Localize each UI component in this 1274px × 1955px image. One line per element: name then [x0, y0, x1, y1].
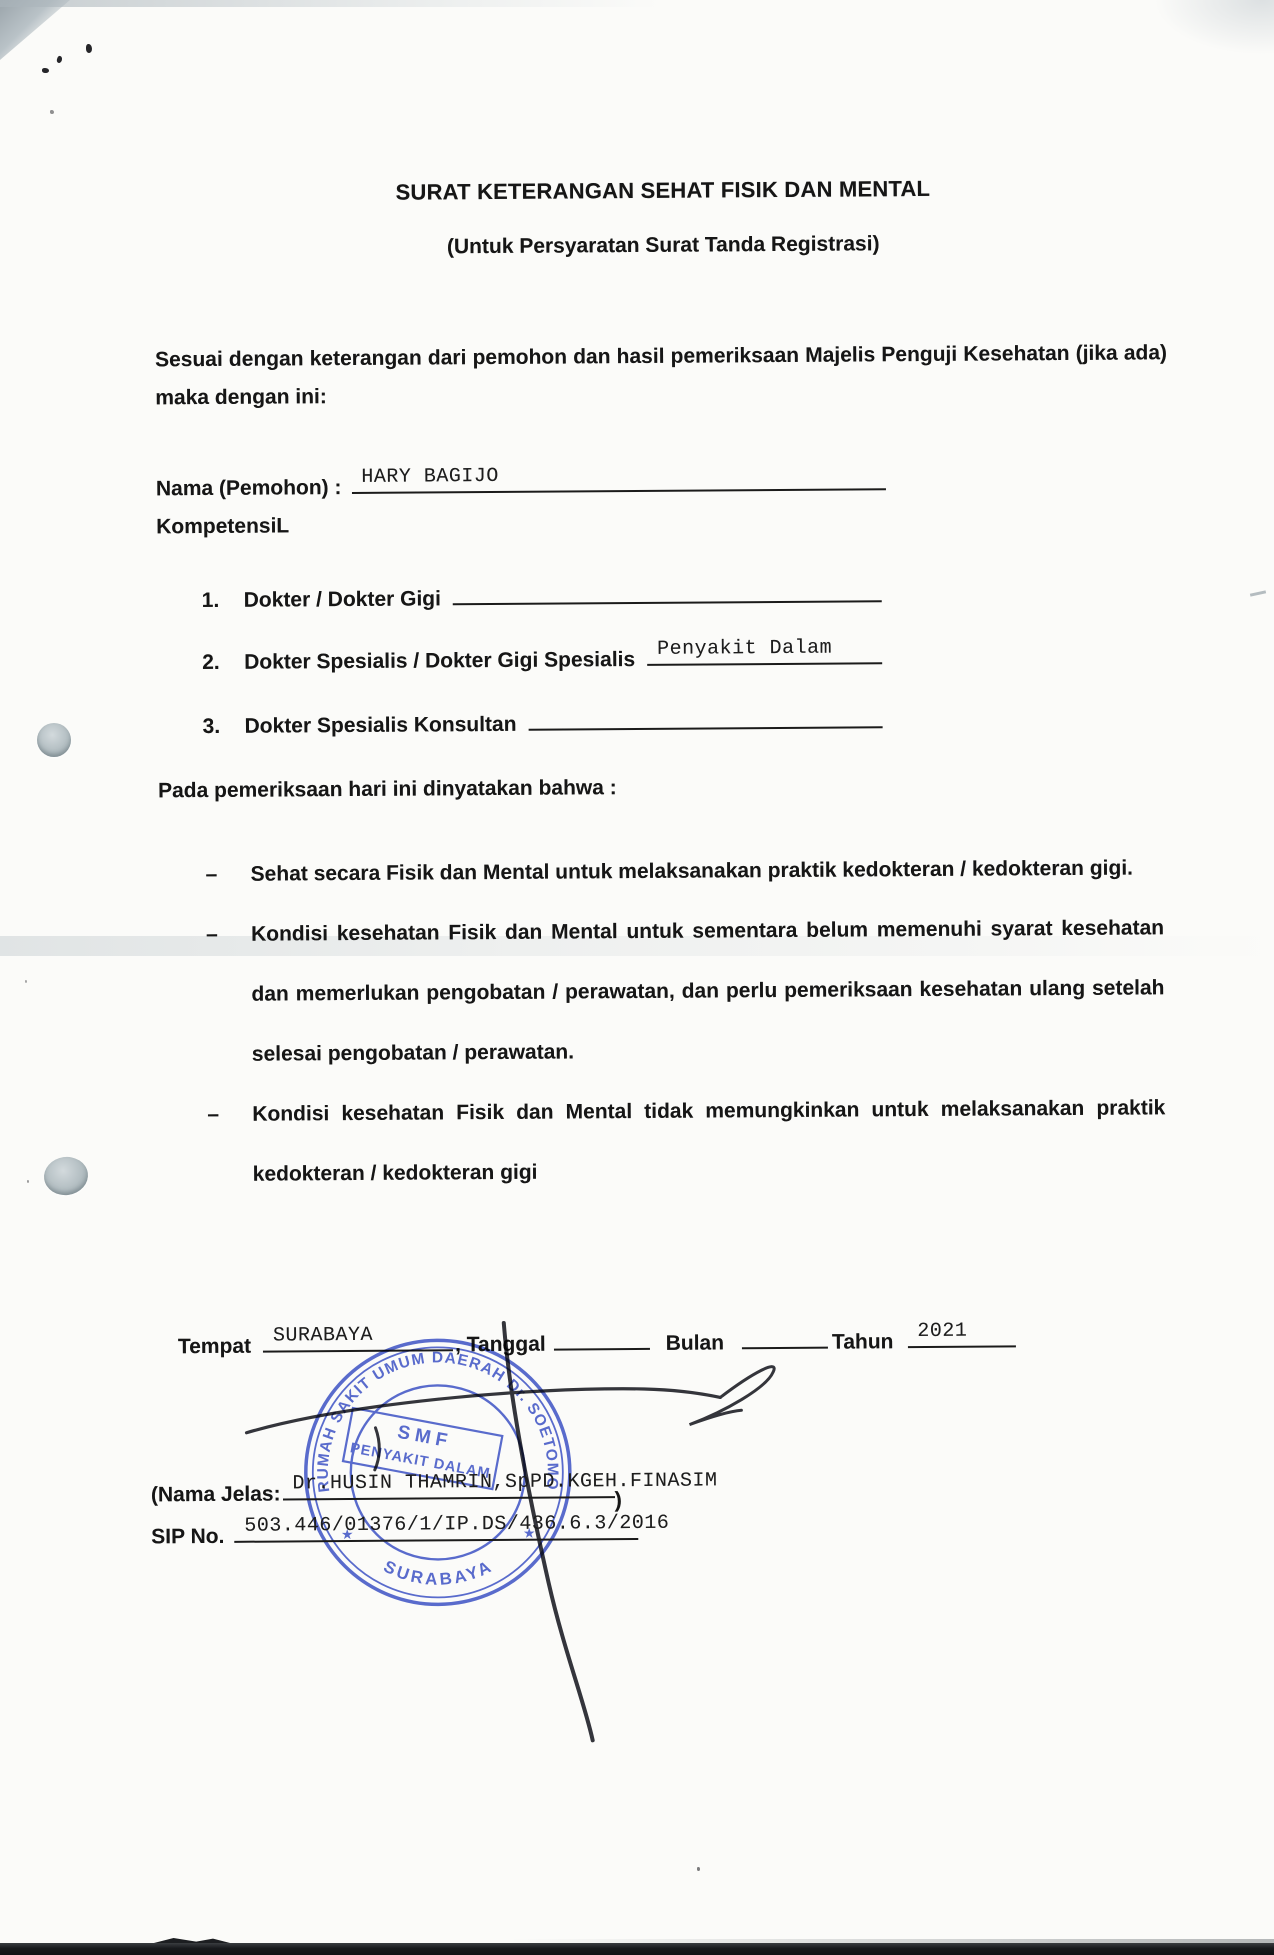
sip-underline-field: 503.446/01376/1/IP.DS/436.6.3/2016 [234, 1508, 638, 1543]
stamp-center-line1: SMF [396, 1422, 454, 1453]
scanned-document-page: SURAT KETERANGAN SEHAT FISIK DAN MENTAL … [0, 0, 1274, 1955]
statement-option: – Kondisi kesehatan Fisik dan Mental unt… [206, 898, 1165, 1085]
option-text: Kondisi kesehatan Fisik dan Mental tidak… [252, 1078, 1166, 1204]
nama-jelas-label: (Nama Jelas: [151, 1483, 281, 1508]
item-underline-field [528, 696, 882, 730]
item-number: 2. [202, 651, 244, 675]
tempat-underline-field: SURABAYA [263, 1319, 453, 1352]
tanggal-label: , Tanggal [455, 1333, 546, 1358]
dash-marker: – [205, 845, 250, 905]
nama-jelas-underline-field: Dr.HUSIN THAMRIN,SpPD.KGEH.FINASIM [282, 1466, 614, 1500]
name-value: HARY BAGIJO [361, 465, 499, 489]
statement-heading: Pada pemeriksaan hari ini dinyatakan bah… [158, 776, 617, 803]
place-date-row: Tempat SURABAYA , Tanggal Bulan Tahun 20… [178, 1314, 1178, 1359]
item-label: Dokter Spesialis / Dokter Gigi Spesialis [244, 648, 635, 675]
item-number: 1. [202, 589, 244, 613]
sip-row: SIP No. 503.446/01376/1/IP.DS/436.6.3/20… [151, 1507, 851, 1550]
competency-label: KompetensiL [156, 514, 289, 539]
item-label: Dokter / Dokter Gigi [244, 587, 441, 612]
item-underline-field: Penyakit Dalam [647, 632, 882, 666]
nama-jelas-value: Dr.HUSIN THAMRIN,SpPD.KGEH.FINASIM [292, 1469, 717, 1495]
document-subtitle: (Untuk Persyaratan Surat Tanda Registras… [56, 230, 1270, 262]
sip-label: SIP No. [151, 1525, 224, 1550]
name-underline-field: HARY BAGIJO [351, 458, 886, 494]
option-text: Sehat secara Fisik dan Mental untuk mela… [250, 838, 1163, 904]
clear-name-row: (Nama Jelas: Dr.HUSIN THAMRIN,SpPD.KGEH.… [151, 1465, 851, 1508]
document-title: SURAT KETERANGAN SEHAT FISIK DAN MENTAL [56, 174, 1270, 208]
applicant-name-row: Nama (Pemohon) : HARY BAGIJO [156, 458, 886, 501]
statement-option: – Sehat secara Fisik dan Mental untuk me… [205, 838, 1163, 905]
statement-option: – Kondisi kesehatan Fisik dan Mental tid… [207, 1078, 1166, 1205]
competency-item-2: 2. Dokter Spesialis / Dokter Gigi Spesia… [202, 632, 882, 675]
option-text: Kondisi kesehatan Fisik dan Mental untuk… [251, 898, 1165, 1084]
stamp-bottom-text: SURABAYA [381, 1556, 497, 1589]
item-underline-field [453, 570, 882, 605]
tanggal-underline-field [553, 1318, 649, 1351]
item-number: 3. [203, 715, 245, 739]
competency-item-1: 1. Dokter / Dokter Gigi [202, 570, 882, 613]
tahun-label: Tahun [832, 1330, 894, 1354]
statement-options: – Sehat secara Fisik dan Mental untuk me… [205, 838, 1165, 1205]
intro-paragraph: Sesuai dengan keterangan dari pemohon da… [155, 334, 1168, 417]
name-label: Nama (Pemohon) : [156, 476, 342, 501]
document-content: SURAT KETERANGAN SEHAT FISIK DAN MENTAL … [0, 0, 1274, 1955]
bulan-label: Bulan [666, 1331, 725, 1355]
dash-marker: – [207, 1085, 253, 1205]
bulan-underline-field [742, 1317, 828, 1350]
svg-text:SURABAYA: SURABAYA [381, 1556, 497, 1589]
tempat-label: Tempat [178, 1335, 251, 1360]
competency-item-3: 3. Dokter Spesialis Konsultan [202, 696, 882, 739]
sip-value: 503.446/01376/1/IP.DS/436.6.3/2016 [244, 1512, 669, 1538]
tahun-value: 2021 [917, 1320, 967, 1343]
item-value: Penyakit Dalam [657, 637, 832, 661]
tempat-value: SURABAYA [273, 1324, 373, 1348]
dash-marker: – [206, 905, 252, 1085]
item-label: Dokter Spesialis Konsultan [245, 713, 517, 739]
tahun-underline-field: 2021 [907, 1315, 1015, 1348]
